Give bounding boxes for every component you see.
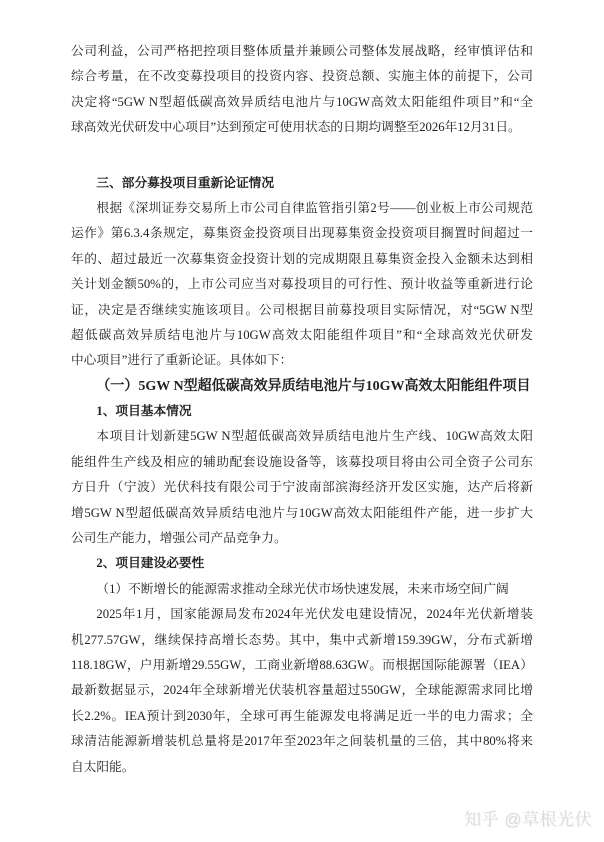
text-line: 中心项目”进行了重新论证。具体如下： (71, 348, 533, 373)
text-line: 超低碳高效异质结电池片与10GW高效太阳能组件项目”和“全球高效光伏研发 (71, 323, 533, 348)
text-line: 最新数据显示，2024年全球新增光伏装机容量超过550GW，全球能源需求同比增 (71, 678, 533, 703)
text-line: 公司生产能力，增强公司产品竞争力。 (71, 526, 533, 551)
text-line: 增5GW N型超低碳高效异质结电池片与10GW高效太阳能组件产能，进一步扩大 (71, 501, 533, 526)
text-line: 证，决定是否继续实施该项目。公司根据目前募投项目实际情况，对“5GW N型 (71, 298, 533, 323)
document-page: 公司利益，公司严格把控项目整体质量并兼顾公司整体发展战略，经审慎评估和综合考量，… (0, 0, 604, 842)
section-heading: （一）5GW N型超低碳高效异质结电池片与10GW高效太阳能组件项目 (71, 374, 533, 399)
paragraph-block: 公司利益，公司严格把控项目整体质量并兼顾公司整体发展战略，经审慎评估和综合考量，… (71, 39, 533, 141)
text-line: 关计划金额50%的，上市公司应当对募投项目的可行性、预计收益等重新进行论 (71, 272, 533, 297)
text-line: 能组件生产线及相应的辅助配套设施设备等，该募投项目将由公司全资子公司东 (71, 450, 533, 475)
text-line: 根据《深圳证券交易所上市公司自律监管指引第2号——创业板上市公司规范 (71, 196, 533, 221)
text-line: 综合考量，在不改变募投项目的投资内容、投资总额、实施主体的前提下，公司 (71, 64, 533, 89)
text-line: 决定将“5GW N型超低碳高效异质结电池片与10GW高效太阳能组件项目”和“全 (71, 90, 533, 115)
text-line: 球高效光伏研发中心项目”达到预定可使用状态的日期均调整至2026年12月31日。 (71, 115, 533, 140)
text-line: 自太阳能。 (71, 755, 533, 780)
text-line: 公司利益，公司严格把控项目整体质量并兼顾公司整体发展战略，经审慎评估和 (71, 39, 533, 64)
text-line: （1）不断增长的能源需求推动全球光伏市场快速发展，未来市场空间广阔 (71, 577, 533, 602)
text-line: 本项目计划新建5GW N型超低碳高效异质结电池片生产线、10GW高效太阳 (71, 424, 533, 449)
text-line: 机277.57GW，继续保持高增长态势。其中，集中式新增159.39GW，分布式… (71, 628, 533, 653)
text-line: 长2.2%。IEA预计到2030年，全球可再生能源发电将满足近一半的电力需求；全 (71, 704, 533, 729)
section-heading: 2、项目建设必要性 (71, 551, 533, 576)
section-heading: 1、项目基本情况 (71, 399, 533, 424)
paragraph-block: 根据《深圳证券交易所上市公司自律监管指引第2号——创业板上市公司规范运作》第6.… (71, 196, 533, 374)
document-content: 公司利益，公司严格把控项目整体质量并兼顾公司整体发展战略，经审慎评估和综合考量，… (71, 39, 533, 780)
text-line: 球清洁能源新增装机总量将是2017年至2023年之间装机量的三倍，其中80%将来 (71, 729, 533, 754)
text-line: 运作》第6.3.4条规定，募集资金投资项目出现募集资金投资项目搁置时间超过一 (71, 221, 533, 246)
text-line: 118.18GW，户用新增29.55GW，工商业新增88.63GW。而根据国际能… (71, 653, 533, 678)
section-heading: 三、部分募投项目重新论证情况 (71, 171, 533, 196)
text-line: 2025年1月，国家能源局发布2024年光伏发电建设情况，2024年光伏新增装 (71, 602, 533, 627)
text-line: 方日升（宁波）光伏科技有限公司于宁波南部滨海经济开发区实施，达产后将新 (71, 475, 533, 500)
paragraph-block: 2025年1月，国家能源局发布2024年光伏发电建设情况，2024年光伏新增装机… (71, 602, 533, 780)
paragraph-block: 本项目计划新建5GW N型超低碳高效异质结电池片生产线、10GW高效太阳能组件生… (71, 424, 533, 551)
watermark: 知乎 @草根光伏 (464, 805, 592, 830)
text-line: 年的、超过最近一次募集资金投资计划的完成期限且募集资金投入金额未达到相 (71, 247, 533, 272)
paragraph-block: （1）不断增长的能源需求推动全球光伏市场快速发展，未来市场空间广阔 (71, 577, 533, 602)
